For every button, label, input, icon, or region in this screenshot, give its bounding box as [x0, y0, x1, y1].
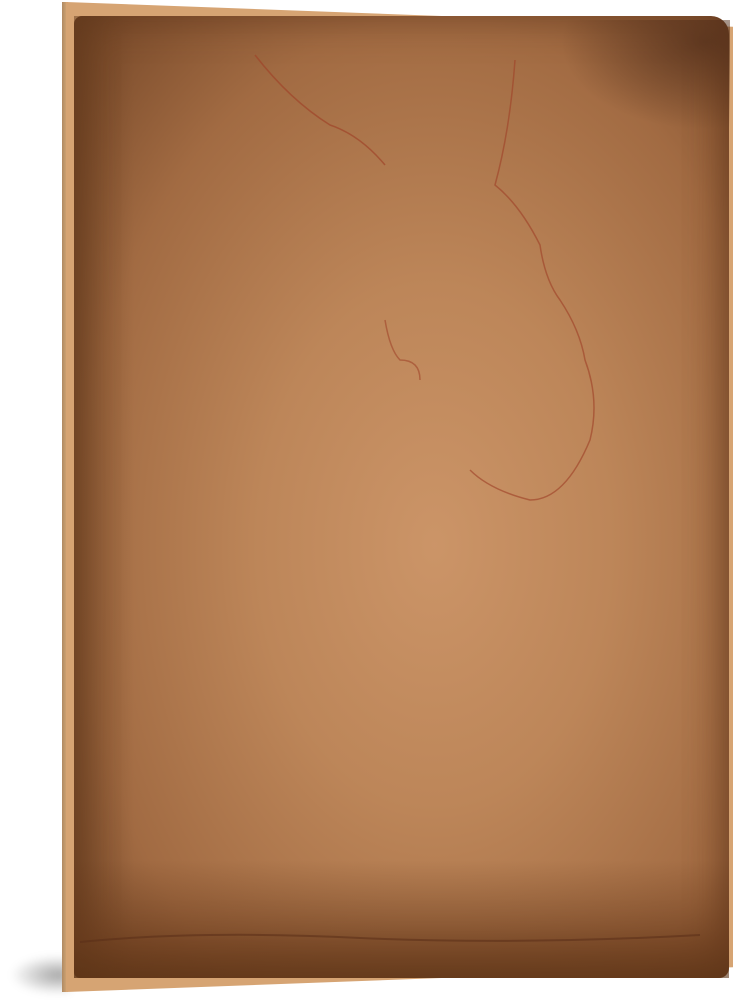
stain-dark-bottom: [74, 860, 729, 978]
stain-dark-corner: [560, 20, 730, 130]
canvas-shadow: [10, 955, 70, 995]
paper-stain-area: [74, 16, 729, 978]
stain-dark-left: [74, 16, 134, 978]
